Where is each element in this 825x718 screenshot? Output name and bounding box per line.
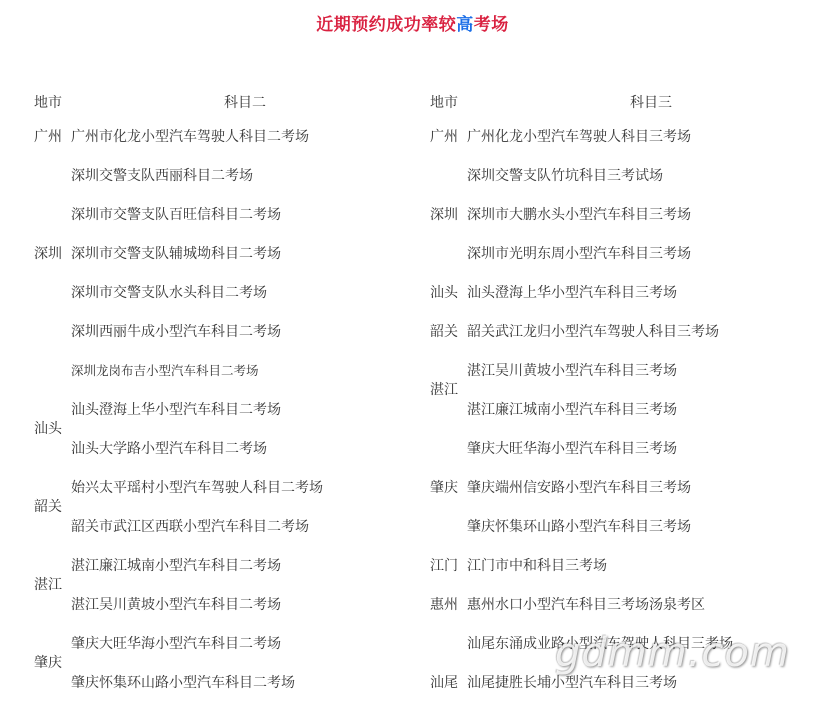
header-city: 地市: [34, 92, 62, 112]
venue-name: 深圳市交警支队百旺信科目二考场: [71, 204, 281, 224]
table-row: 深圳市交警支队辅城坳科目二考场: [34, 231, 414, 270]
venue-name: 广州市化龙小型汽车驾驶人科目二考场: [71, 126, 309, 146]
table-row: 深圳市交警支队水头科目二考场: [34, 270, 414, 309]
table-row: 韶关武江龙归小型汽车驾驶人科目三考场: [430, 309, 820, 348]
title-part-blue: 高: [456, 15, 474, 35]
table-row: 惠州水口小型汽车科目三考场汤泉考区: [430, 582, 820, 621]
table-row: 肇庆大旺华海小型汽车科目二考场: [34, 621, 414, 660]
venue-name: 汕尾东涌成业路小型汽车驾驶人科目三考场: [467, 633, 733, 653]
table-row: 湛江吴川黄坡小型汽车科目二考场: [34, 582, 414, 621]
venue-name: 湛江廉江城南小型汽车科目二考场: [71, 555, 281, 575]
city-group-shantou: 汕头 汕头澄海上华小型汽车科目二考场 汕头大学路小型汽车科目二考场: [34, 387, 414, 465]
subject2-header-row: 地市 科目二: [34, 88, 414, 114]
venue-name: 汕尾捷胜长埔小型汽车科目三考场: [467, 672, 677, 692]
city-group-zhanjiang: 湛江 湛江廉江城南小型汽车科目二考场 湛江吴川黄坡小型汽车科目二考场: [34, 543, 414, 621]
venue-name: 广州化龙小型汽车驾驶人科目三考场: [467, 126, 691, 146]
page-title: 近期预约成功率较高考场: [0, 10, 825, 35]
venue-name: 汕头大学路小型汽车科目二考场: [71, 438, 267, 458]
venue-name: 深圳龙岗布吉小型汽车科目二考场: [71, 361, 259, 379]
table-row: 深圳西丽牛成小型汽车科目二考场: [34, 309, 414, 348]
table-row: 汕尾东涌成业路小型汽车驾驶人科目三考场: [430, 621, 820, 660]
venue-name: 肇庆怀集环山路小型汽车科目二考场: [71, 672, 295, 692]
venue-name: 韶关市武江区西联小型汽车科目二考场: [71, 516, 309, 536]
subject3-header-row: 地市 科目三: [430, 88, 820, 114]
table-row: 湛江吴川黄坡小型汽车科目三考场: [430, 348, 820, 387]
header-city: 地市: [430, 92, 458, 112]
city-group-shenzhen: 深圳 深圳交警支队竹坑科目三考试场 深圳市大鹏水头小型汽车科目三考场 深圳市光明…: [430, 153, 820, 270]
title-part-red-end: 考场: [474, 15, 509, 35]
table-row: 深圳市交警支队百旺信科目二考场: [34, 192, 414, 231]
venue-name: 惠州水口小型汽车科目三考场汤泉考区: [467, 594, 705, 614]
city-group-huizhou: 惠州 惠州水口小型汽车科目三考场汤泉考区: [430, 582, 820, 621]
table-row: 肇庆端州信安路小型汽车科目三考场: [430, 465, 820, 504]
venue-name: 肇庆大旺华海小型汽车科目二考场: [71, 633, 281, 653]
table-row: 汕头大学路小型汽车科目二考场: [34, 426, 414, 465]
table-row: 深圳交警支队西丽科目二考场: [34, 153, 414, 192]
city-group-shaoguan: 韶关 始兴太平瑶村小型汽车驾驶人科目二考场 韶关市武江区西联小型汽车科目二考场: [34, 465, 414, 543]
city-group-shantou: 汕头 汕头澄海上华小型汽车科目三考场: [430, 270, 820, 309]
venue-name: 肇庆大旺华海小型汽车科目三考场: [467, 438, 677, 458]
table-row: 汕尾捷胜长埔小型汽车科目三考场: [430, 660, 820, 699]
venue-name: 深圳市光明东周小型汽车科目三考场: [467, 243, 691, 263]
title-part-red: 近期预约成功率较: [316, 15, 456, 35]
venue-name: 肇庆怀集环山路小型汽车科目三考场: [467, 516, 691, 536]
table-row: 湛江廉江城南小型汽车科目二考场: [34, 543, 414, 582]
venue-name: 湛江吴川黄坡小型汽车科目二考场: [71, 594, 281, 614]
venue-name: 汕头澄海上华小型汽车科目二考场: [71, 399, 281, 419]
venue-name: 江门市中和科目三考场: [467, 555, 607, 575]
venue-name: 深圳市交警支队水头科目二考场: [71, 282, 267, 302]
venue-name: 韶关武江龙归小型汽车驾驶人科目三考场: [467, 321, 719, 341]
table-row: 江门市中和科目三考场: [430, 543, 820, 582]
table-row: 深圳龙岗布吉小型汽车科目二考场: [34, 348, 414, 387]
city-group-zhaoqing: 肇庆 肇庆大旺华海小型汽车科目三考场 肇庆端州信安路小型汽车科目三考场 肇庆怀集…: [430, 426, 820, 543]
table-row: 广州化龙小型汽车驾驶人科目三考场: [430, 114, 820, 153]
table-row: 广州市化龙小型汽车驾驶人科目二考场: [34, 114, 414, 153]
city-group-shaoguan: 韶关 韶关武江龙归小型汽车驾驶人科目三考场: [430, 309, 820, 348]
table-row: 深圳交警支队竹坑科目三考试场: [430, 153, 820, 192]
table-row: 深圳市大鹏水头小型汽车科目三考场: [430, 192, 820, 231]
table-row: 汕头澄海上华小型汽车科目二考场: [34, 387, 414, 426]
venue-name: 深圳西丽牛成小型汽车科目二考场: [71, 321, 281, 341]
subject2-table: 地市 科目二 广州 广州市化龙小型汽车驾驶人科目二考场 深圳 深圳交警支队西丽科…: [34, 88, 414, 699]
venue-name: 深圳市交警支队辅城坳科目二考场: [71, 243, 281, 263]
subject3-table: 地市 科目三 广州 广州化龙小型汽车驾驶人科目三考场 深圳 深圳交警支队竹坑科目…: [430, 88, 820, 699]
table-row: 肇庆怀集环山路小型汽车科目二考场: [34, 660, 414, 699]
venue-name: 汕头澄海上华小型汽车科目三考场: [467, 282, 677, 302]
city-group-shanwei: 汕尾 汕尾东涌成业路小型汽车驾驶人科目三考场 汕尾捷胜长埔小型汽车科目三考场: [430, 621, 820, 699]
city-group-guangzhou: 广州 广州化龙小型汽车驾驶人科目三考场: [430, 114, 820, 153]
table-row: 韶关市武江区西联小型汽车科目二考场: [34, 504, 414, 543]
table-row: 深圳市光明东周小型汽车科目三考场: [430, 231, 820, 270]
table-row: 始兴太平瑶村小型汽车驾驶人科目二考场: [34, 465, 414, 504]
venue-name: 深圳交警支队竹坑科目三考试场: [467, 165, 663, 185]
header-subject: 科目二: [224, 92, 266, 112]
venue-name: 湛江廉江城南小型汽车科目三考场: [467, 399, 677, 419]
city-group-shenzhen: 深圳 深圳交警支队西丽科目二考场 深圳市交警支队百旺信科目二考场 深圳市交警支队…: [34, 153, 414, 387]
venue-name: 始兴太平瑶村小型汽车驾驶人科目二考场: [71, 477, 323, 497]
city-group-jiangmen: 江门 江门市中和科目三考场: [430, 543, 820, 582]
table-row: 汕头澄海上华小型汽车科目三考场: [430, 270, 820, 309]
venue-name: 肇庆端州信安路小型汽车科目三考场: [467, 477, 691, 497]
header-subject: 科目三: [630, 92, 672, 112]
venue-name: 深圳市大鹏水头小型汽车科目三考场: [467, 204, 691, 224]
venue-name: 深圳交警支队西丽科目二考场: [71, 165, 253, 185]
city-group-zhaoqing: 肇庆 肇庆大旺华海小型汽车科目二考场 肇庆怀集环山路小型汽车科目二考场: [34, 621, 414, 699]
table-row: 肇庆大旺华海小型汽车科目三考场: [430, 426, 820, 465]
table-row: 湛江廉江城南小型汽车科目三考场: [430, 387, 820, 426]
venue-name: 湛江吴川黄坡小型汽车科目三考场: [467, 360, 677, 380]
city-group-guangzhou: 广州 广州市化龙小型汽车驾驶人科目二考场: [34, 114, 414, 153]
city-group-zhanjiang: 湛江 湛江吴川黄坡小型汽车科目三考场 湛江廉江城南小型汽车科目三考场: [430, 348, 820, 426]
table-row: 肇庆怀集环山路小型汽车科目三考场: [430, 504, 820, 543]
